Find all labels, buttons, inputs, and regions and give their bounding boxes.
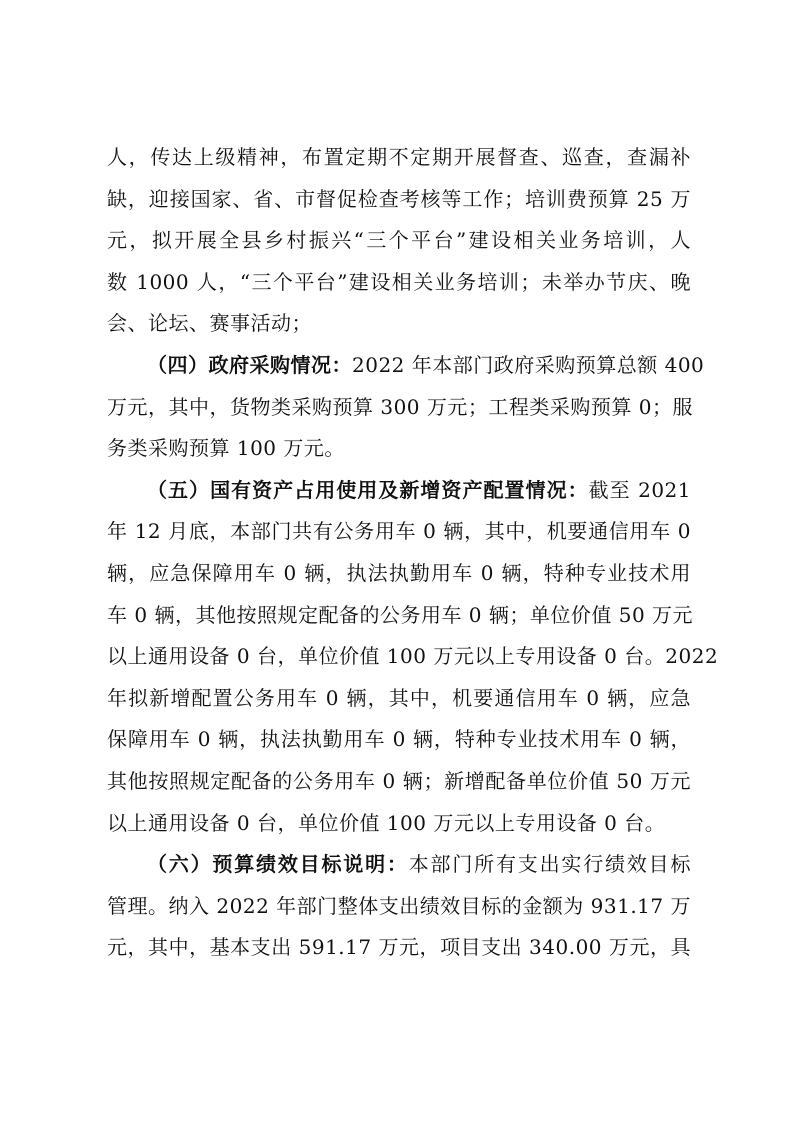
text-line: 保障用车 0 辆，执法执勤用车 0 辆，特种专业技术用车 0 辆， xyxy=(107,719,691,761)
section-first-line: （六）预算绩效目标说明：本部门所有支出实行绩效目标 xyxy=(107,844,691,886)
section-text: 本部门所有支出实行绩效目标 xyxy=(409,852,691,876)
text-line: 元，拟开展全县乡村振兴“三个平台”建设相关业务培训，人 xyxy=(107,220,691,262)
text-line: 以上通用设备 0 台，单位价值 100 万元以上专用设备 0 台。 xyxy=(107,803,691,845)
document-page: 人，传达上级精神，布置定期不定期开展督查、巡查，查漏补 缺，迎接国家、省、市督促… xyxy=(107,137,691,969)
text-line: 年 12 月底，本部门共有公务用车 0 辆，其中，机要通信用车 0 xyxy=(107,511,691,553)
text-line: 缺，迎接国家、省、市督促检查考核等工作；培训费预算 25 万 xyxy=(107,179,691,221)
text-line: 以上通用设备 0 台，单位价值 100 万元以上专用设备 0 台。2022 xyxy=(107,636,691,678)
text-line: 数 1000 人，“三个平台”建设相关业务培训；未举办节庆、晚 xyxy=(107,262,691,304)
text-line: 年拟新增配置公务用车 0 辆，其中，机要通信用车 0 辆，应急 xyxy=(107,678,691,720)
text-line: 车 0 辆，其他按照规定配备的公务用车 0 辆；单位价值 50 万元 xyxy=(107,595,691,637)
section-text: 截至 2021 xyxy=(589,478,691,502)
text-line: 辆，应急保障用车 0 辆，执法执勤用车 0 辆，特种专业技术用 xyxy=(107,553,691,595)
text-line: 元，其中，基本支出 591.17 万元，项目支出 340.00 万元，具 xyxy=(107,927,691,969)
section-first-line: （四）政府采购情况：2022 年本部门政府采购预算总额 400 xyxy=(107,345,691,387)
paragraph-continuation: 人，传达上级精神，布置定期不定期开展督查、巡查，查漏补 缺，迎接国家、省、市督促… xyxy=(107,137,691,345)
section-heading: （五）国有资产占用使用及新增资产配置情况： xyxy=(147,478,589,502)
text-line: 其他按照规定配备的公务用车 0 辆；新增配备单位价值 50 万元 xyxy=(107,761,691,803)
text-line: 务类采购预算 100 万元。 xyxy=(107,428,691,470)
section-heading: （四）政府采购情况： xyxy=(147,353,352,377)
section-performance-goals: （六）预算绩效目标说明：本部门所有支出实行绩效目标 管理。纳入 2022 年部门… xyxy=(107,844,691,969)
text-line: 人，传达上级精神，布置定期不定期开展督查、巡查，查漏补 xyxy=(107,137,691,179)
section-government-procurement: （四）政府采购情况：2022 年本部门政府采购预算总额 400 万元，其中，货物… xyxy=(107,345,691,470)
text-line: 万元，其中，货物类采购预算 300 万元；工程类采购预算 0；服 xyxy=(107,387,691,429)
section-state-assets: （五）国有资产占用使用及新增资产配置情况：截至 2021 年 12 月底，本部门… xyxy=(107,470,691,844)
text-line: 管理。纳入 2022 年部门整体支出绩效目标的金额为 931.17 万 xyxy=(107,886,691,928)
section-text: 2022 年本部门政府采购预算总额 400 xyxy=(352,353,704,377)
section-first-line: （五）国有资产占用使用及新增资产配置情况：截至 2021 xyxy=(107,470,691,512)
section-heading: （六）预算绩效目标说明： xyxy=(147,852,409,876)
text-line: 会、论坛、赛事活动； xyxy=(107,303,691,345)
